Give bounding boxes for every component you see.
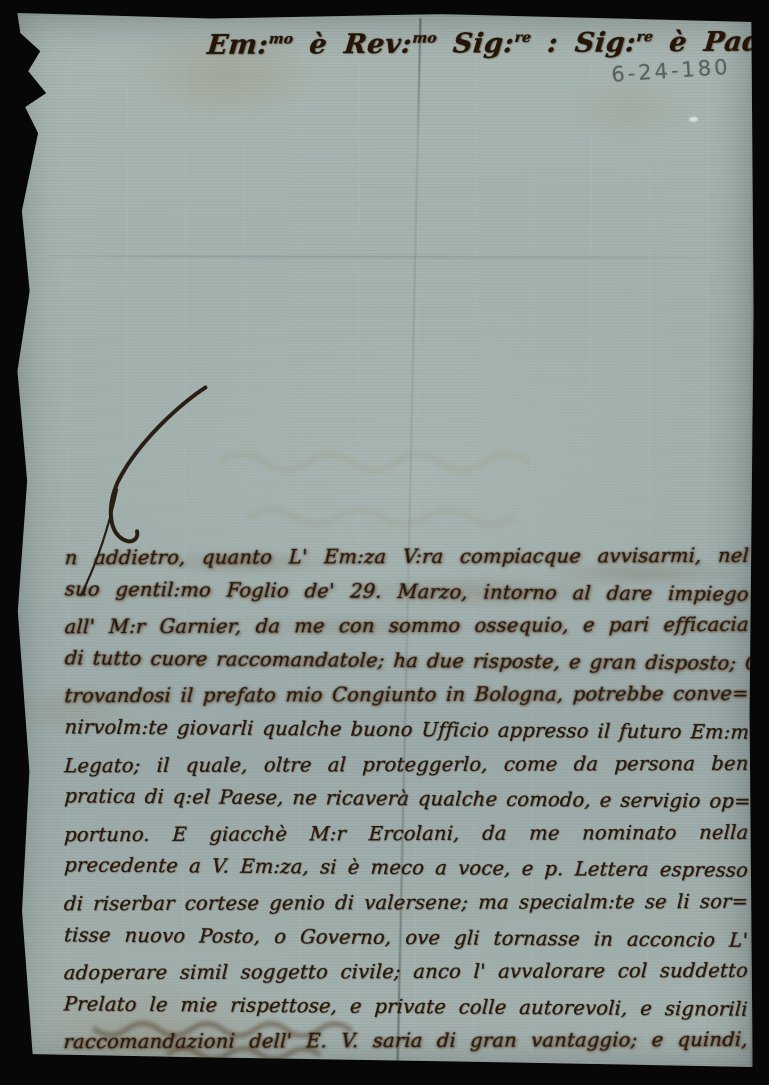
salutation-superscript: mo — [412, 31, 438, 47]
manuscript-line: portuno. E giacchè M:r Ercolani, da me n… — [63, 816, 749, 853]
manuscript-line: pratica di q:el Paese, ne ricaverà qualc… — [63, 780, 749, 820]
archival-number-pencil: 6-24-180 — [611, 55, 732, 87]
manuscript-line: di tutto cuore raccomandatole; ha due ri… — [64, 641, 750, 681]
manuscript-line: nirvolm:te giovarli qualche buono Uffici… — [64, 710, 750, 750]
ghost-writing-marks — [210, 422, 690, 553]
salutation-text: : Sig: — [529, 27, 638, 59]
salutation-superscript: re — [514, 30, 532, 46]
manuscript-line: suo gentil:mo Foglio de' 29. Marzo, into… — [64, 572, 750, 612]
horizontal-fold-crease — [35, 255, 734, 259]
salutation-superscript: mo — [268, 31, 294, 47]
salutation-text: è Padrone Col: — [651, 26, 769, 59]
salutation-text: Sig: — [435, 28, 516, 59]
manuscript-line: tisse nuovo Posto, o Governo, ove gli to… — [63, 918, 749, 958]
manuscript-line: adoperare simil soggetto civile; anco l'… — [63, 954, 749, 991]
manuscript-line: di riserbar cortese genio di valersene; … — [63, 885, 749, 922]
paper-fleck — [689, 117, 698, 122]
manuscript-line: Legato; il quale, oltre al proteggerlo, … — [63, 746, 749, 783]
salutation-text: Em: — [206, 30, 270, 61]
manuscript-line: Prelato le mie rispettose, e private col… — [63, 987, 749, 1027]
manuscript-line: n addietro, quanto L' Em:za V:ra compiac… — [64, 539, 750, 576]
manuscript-line: all' M:r Garnier, da me con sommo ossequ… — [64, 608, 750, 645]
manuscript-page: Em:mo è Rev:mo Sig:re : Sig:re è Padrone… — [9, 11, 756, 1071]
manuscript-line: precedente a V. Em:za, si è meco a voce,… — [63, 849, 749, 889]
catchword: senz'al= — [63, 1056, 749, 1085]
scan-background: Em:mo è Rev:mo Sig:re : Sig:re è Padrone… — [0, 0, 769, 1085]
letter-body: n addietro, quanto L' Em:za V:ra compiac… — [64, 539, 749, 1085]
salutation-superscript: re — [636, 29, 654, 45]
salutation-text: è Rev: — [291, 29, 414, 61]
manuscript-line: trovandosi il prefato mio Congiunto in B… — [64, 677, 750, 714]
salutation-line: Em:mo è Rev:mo Sig:re : Sig:re è Padrone… — [206, 27, 757, 61]
manuscript-line: raccomandazioni dell' E. V. saria di gra… — [63, 1023, 749, 1060]
